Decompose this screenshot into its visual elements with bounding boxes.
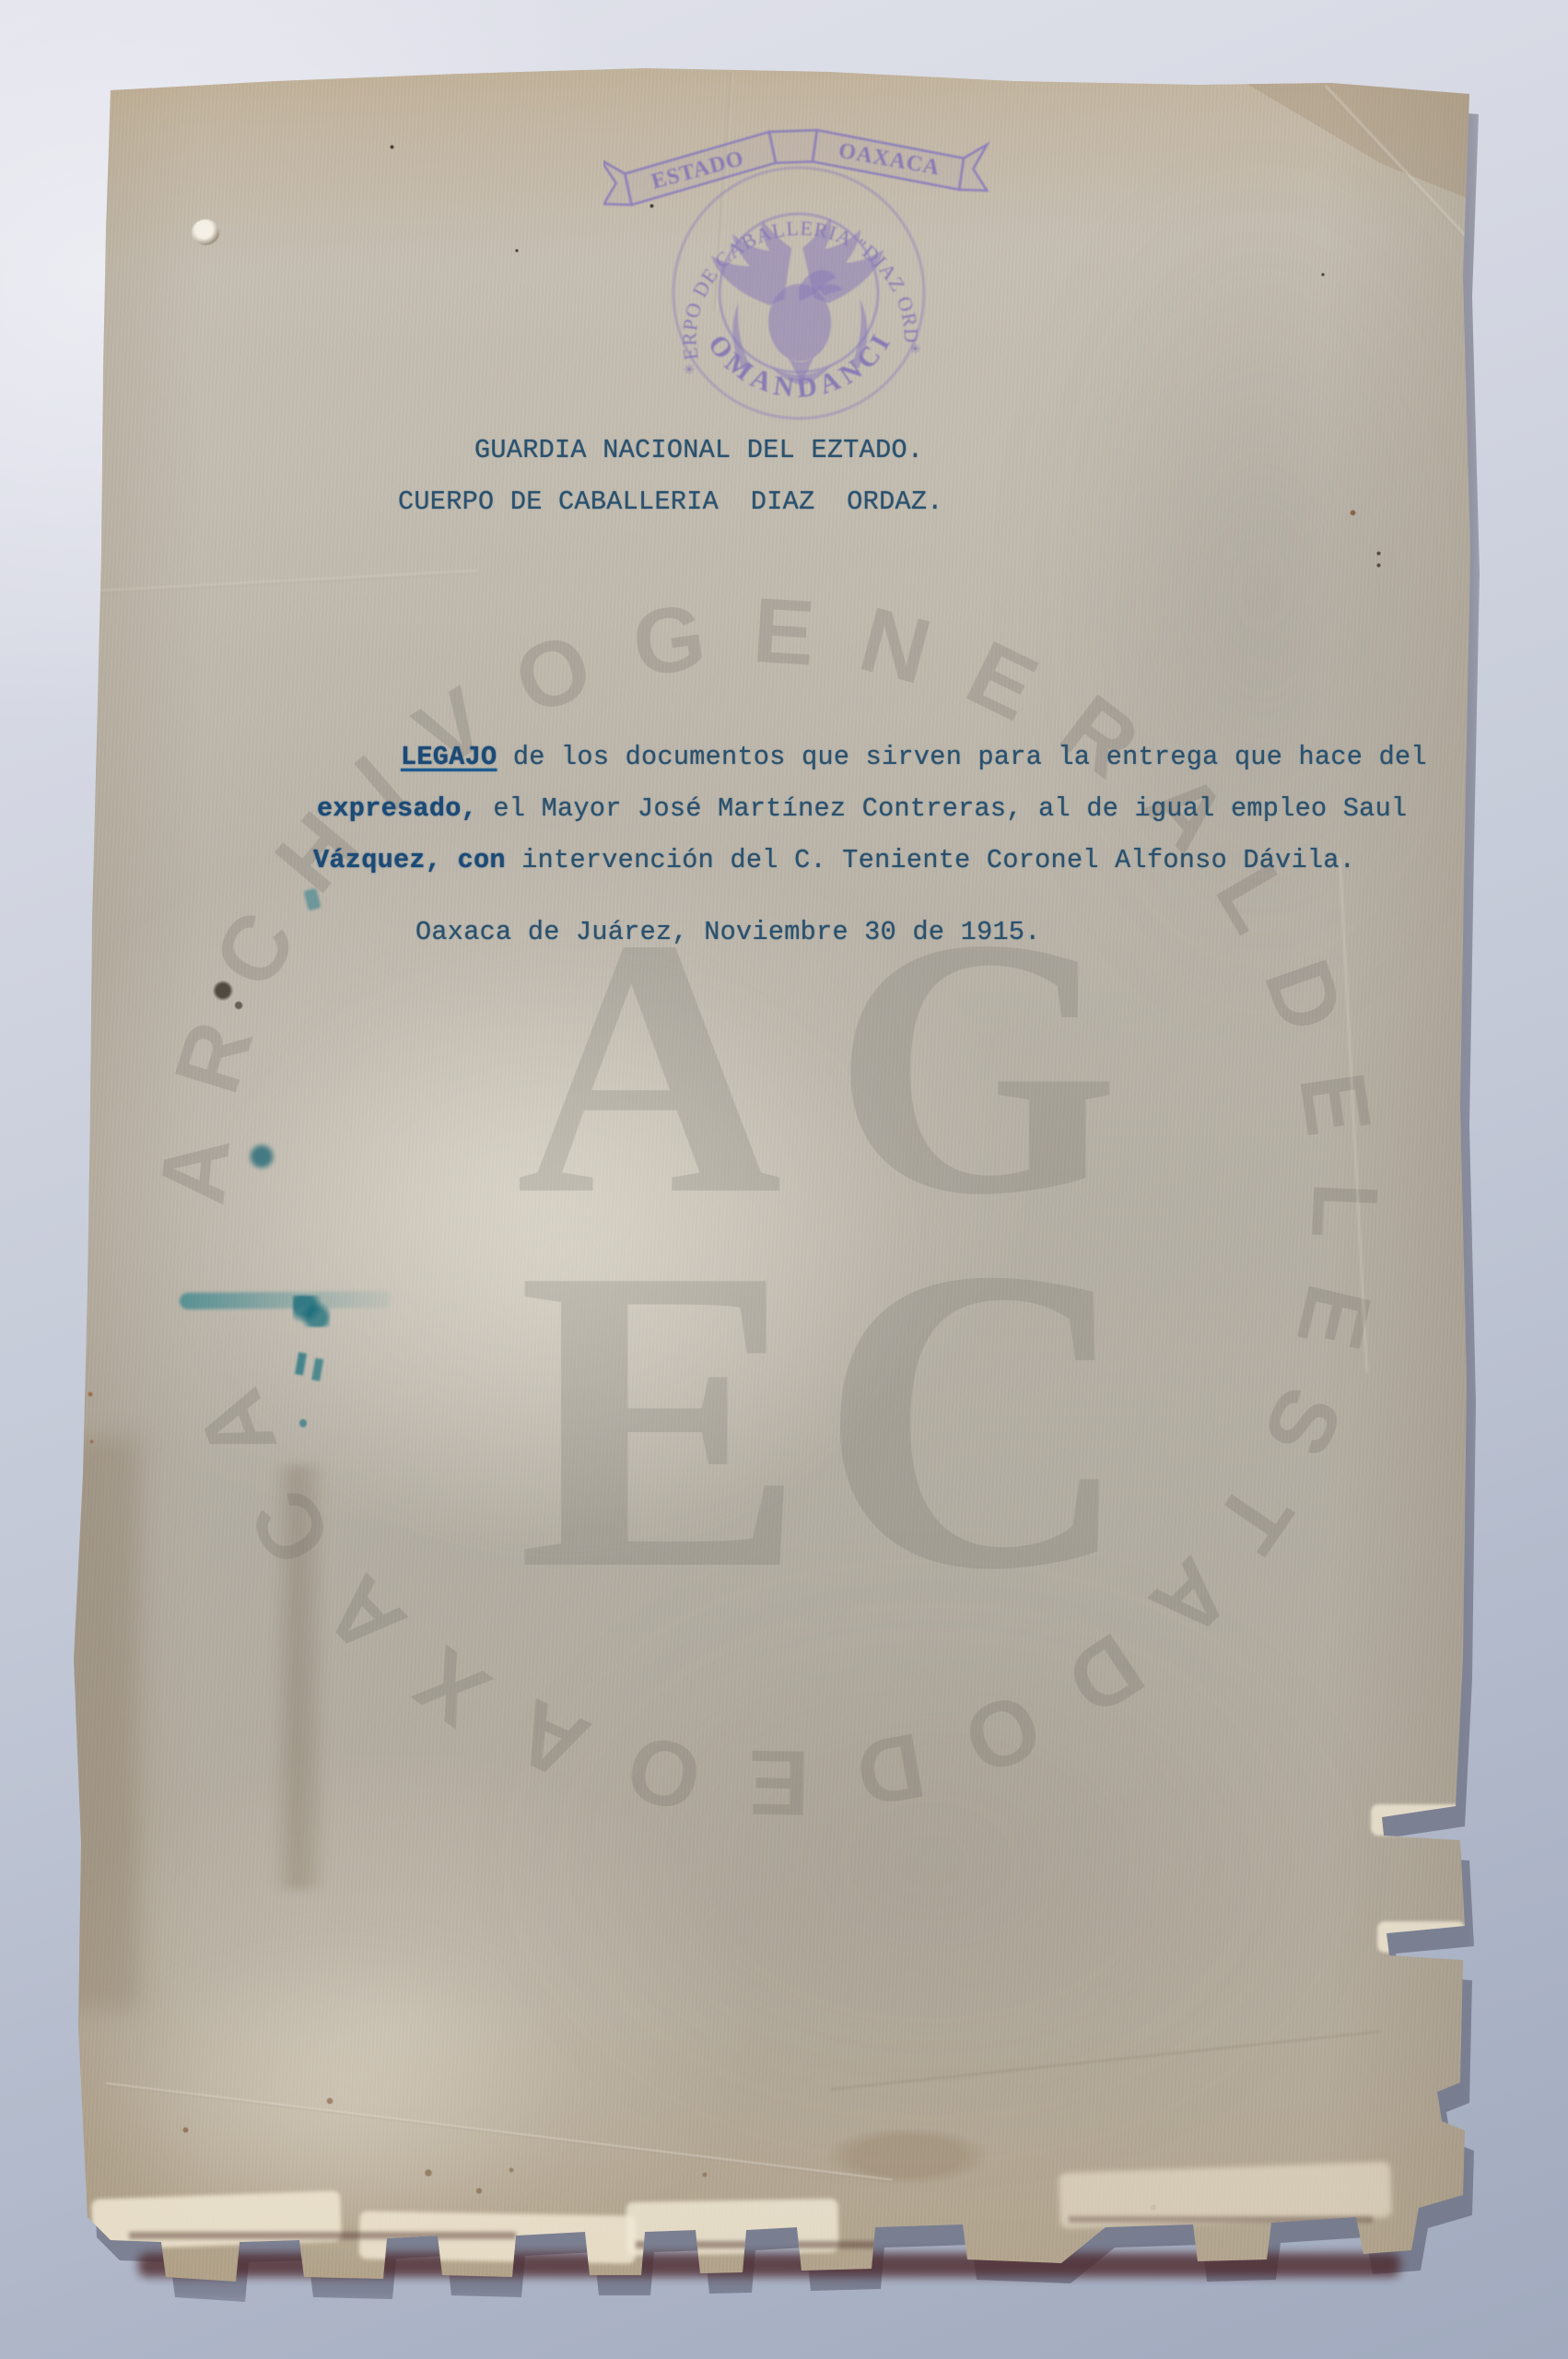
letterhead-line-1: GUARDIA NACIONAL DEL EZTADO. [474, 438, 923, 464]
body-line-3-text: intervención del C. Teniente Coronel Alf… [506, 845, 1355, 875]
comandancia-stamp: ESTADO OAXACA CUERPO DE CABALLERIA "DIAZ… [603, 109, 1009, 427]
under-edge-shadow [129, 2232, 516, 2239]
paper-hole [192, 219, 219, 245]
ink-clump [293, 1296, 330, 1327]
letterhead-line-2: CUERPO DE CABALLERIA DIAZ ORDAZ. [398, 489, 943, 516]
stamp-star-left: ✳ [684, 363, 696, 378]
body-line-2: expresado, el Mayor José Martínez Contre… [317, 796, 1407, 823]
body-line-1-text: de los documentos que sirven para la ent… [497, 742, 1426, 772]
ink-blob [247, 1143, 276, 1170]
body-line-2-lead: expresado, [317, 793, 477, 824]
ink-smear [180, 1291, 392, 1309]
photo-background: ARCHIVOGENERALDELESTADODEOAXACA AG EC [0, 0, 1568, 2359]
body-line-2-text: el Mayor José Martínez Contreras, al de … [477, 793, 1407, 824]
body-line-1: LEGAJO de los documentos que sirven para… [401, 745, 1427, 771]
body-line-1-lead: LEGAJO [401, 742, 497, 772]
body-line-3: Vázquez, con intervención del C. Tenient… [313, 848, 1355, 874]
ink-dot [299, 1419, 307, 1427]
document-paper: ARCHIVOGENERALDELESTADODEOAXACA AG EC [64, 65, 1479, 2287]
stamp-star-right: ✳ [909, 342, 921, 357]
date-line: Oaxaca de Juárez, Noviembre 30 de 1915. [415, 920, 1041, 946]
body-line-3-lead: Vázquez, con [313, 845, 506, 875]
